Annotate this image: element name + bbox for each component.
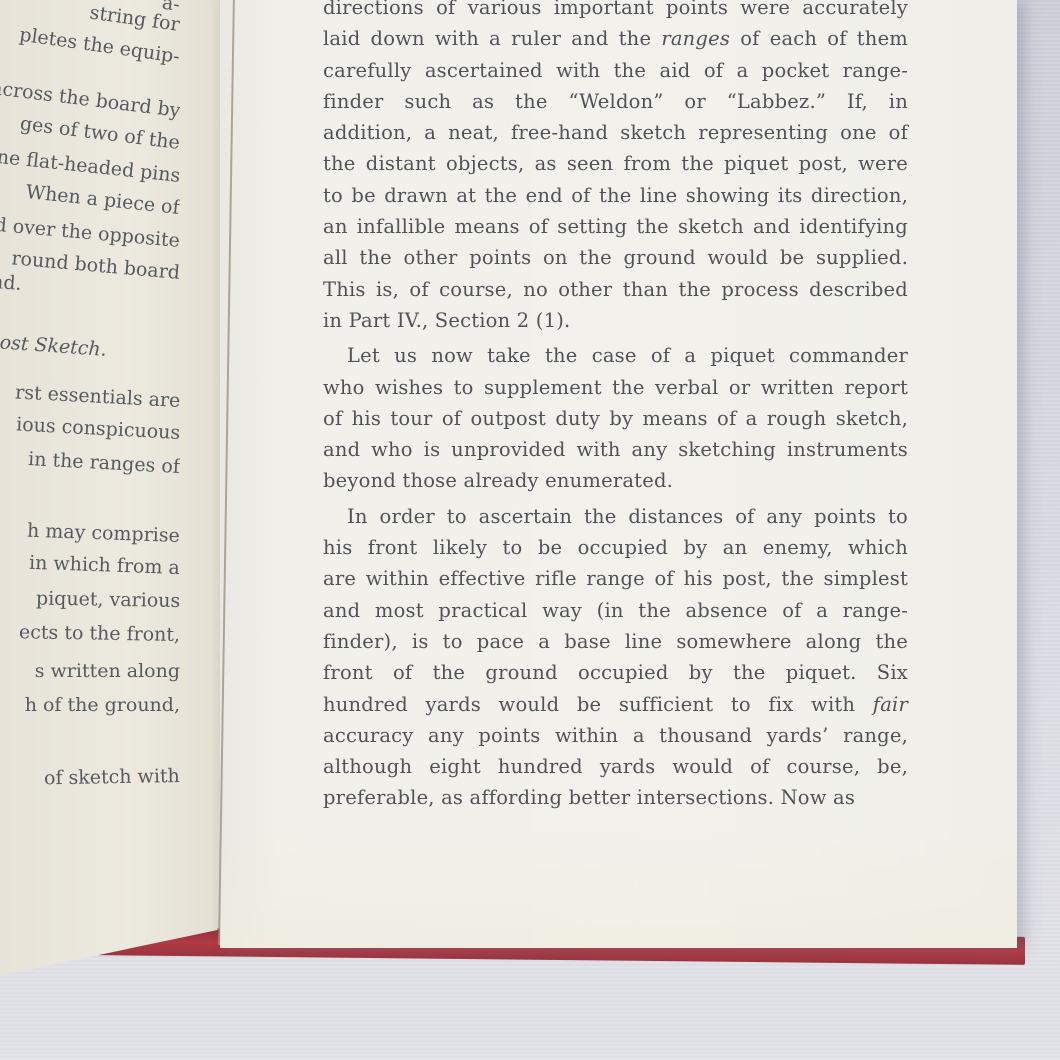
- left-page-text: a-string forpletes the equip-across the …: [0, 0, 180, 890]
- left-page-line: round both board: [11, 247, 180, 284]
- text-line: all the other points on the ground would…: [323, 242, 908, 273]
- text-line: directions of various important points w…: [323, 0, 908, 23]
- left-page-line: tpost Sketch.: [0, 330, 107, 361]
- text-line: finder), is to pace a base line somewher…: [323, 626, 908, 657]
- text-line: who wishes to supplement the verbal or w…: [323, 372, 908, 403]
- text-line: This is, of course, no other than the pr…: [323, 274, 908, 305]
- text-line: front of the ground occupied by the piqu…: [323, 657, 908, 688]
- left-page-line: rst essentials are: [14, 381, 180, 412]
- left-page-line: end.: [0, 270, 22, 295]
- text-line: of his tour of outpost duty by means of …: [323, 403, 908, 434]
- paragraph: directions of various important points w…: [323, 0, 908, 336]
- left-page-line: When a piece of: [25, 181, 180, 219]
- italic-term: fair: [873, 693, 908, 716]
- left-page-line: s written along: [35, 660, 180, 682]
- text-line: to be drawn at the end of the line showi…: [323, 180, 908, 211]
- text-line: accuracy any points within a thousand ya…: [323, 720, 908, 751]
- text-line: carefully ascertained with the aid of a …: [323, 55, 908, 86]
- left-page-line: ects to the front,: [19, 621, 180, 646]
- left-page-line: of sketch with: [44, 765, 180, 789]
- paragraph: Let us now take the case of a piquet com…: [323, 340, 908, 496]
- left-page-line: ious conspicuous: [15, 413, 180, 444]
- left-page-line: h of the ground,: [25, 694, 180, 716]
- left-page-line: in the ranges of: [28, 448, 180, 478]
- text-line: his front likely to be occupied by an en…: [323, 532, 908, 563]
- paragraph: In order to ascertain the distances of a…: [323, 501, 908, 814]
- italic-term: ranges: [661, 27, 730, 50]
- text-line: Let us now take the case of a piquet com…: [323, 340, 908, 371]
- left-page-line: in which from a: [29, 552, 180, 579]
- text-line: in Part IV., Section 2 (1).: [323, 305, 908, 336]
- text-line: an infallible means of setting the sketc…: [323, 211, 908, 242]
- text-line: addition, a neat, free-hand sketch repre…: [323, 117, 908, 148]
- text-line: are within effective rifle range of his …: [323, 563, 908, 594]
- text-line: preferable, as affording better intersec…: [323, 782, 908, 813]
- text-line: hundred yards would be sufficient to fix…: [323, 689, 908, 720]
- right-page-text: directions of various important points w…: [323, 0, 908, 818]
- text-line: the distant objects, as seen from the pi…: [323, 148, 908, 179]
- text-line: although eight hundred yards would of co…: [323, 751, 908, 782]
- text-line: laid down with a ruler and the ranges of…: [323, 23, 908, 54]
- text-line: In order to ascertain the distances of a…: [323, 501, 908, 532]
- text-line: and most practical way (in the absence o…: [323, 595, 908, 626]
- left-page-line: h may comprise: [27, 520, 180, 547]
- left-page: a-string forpletes the equip-across the …: [0, 0, 230, 990]
- text-line: and who is unprovided with any sketching…: [323, 434, 908, 465]
- text-line: beyond those already enumerated.: [323, 465, 908, 496]
- left-page-line: piquet, various: [36, 587, 180, 612]
- left-page-line: d over the opposite: [0, 214, 180, 252]
- text-line: finder such as the “Weldon” or “Labbez.”…: [323, 86, 908, 117]
- right-page: directions of various important points w…: [220, 0, 1017, 948]
